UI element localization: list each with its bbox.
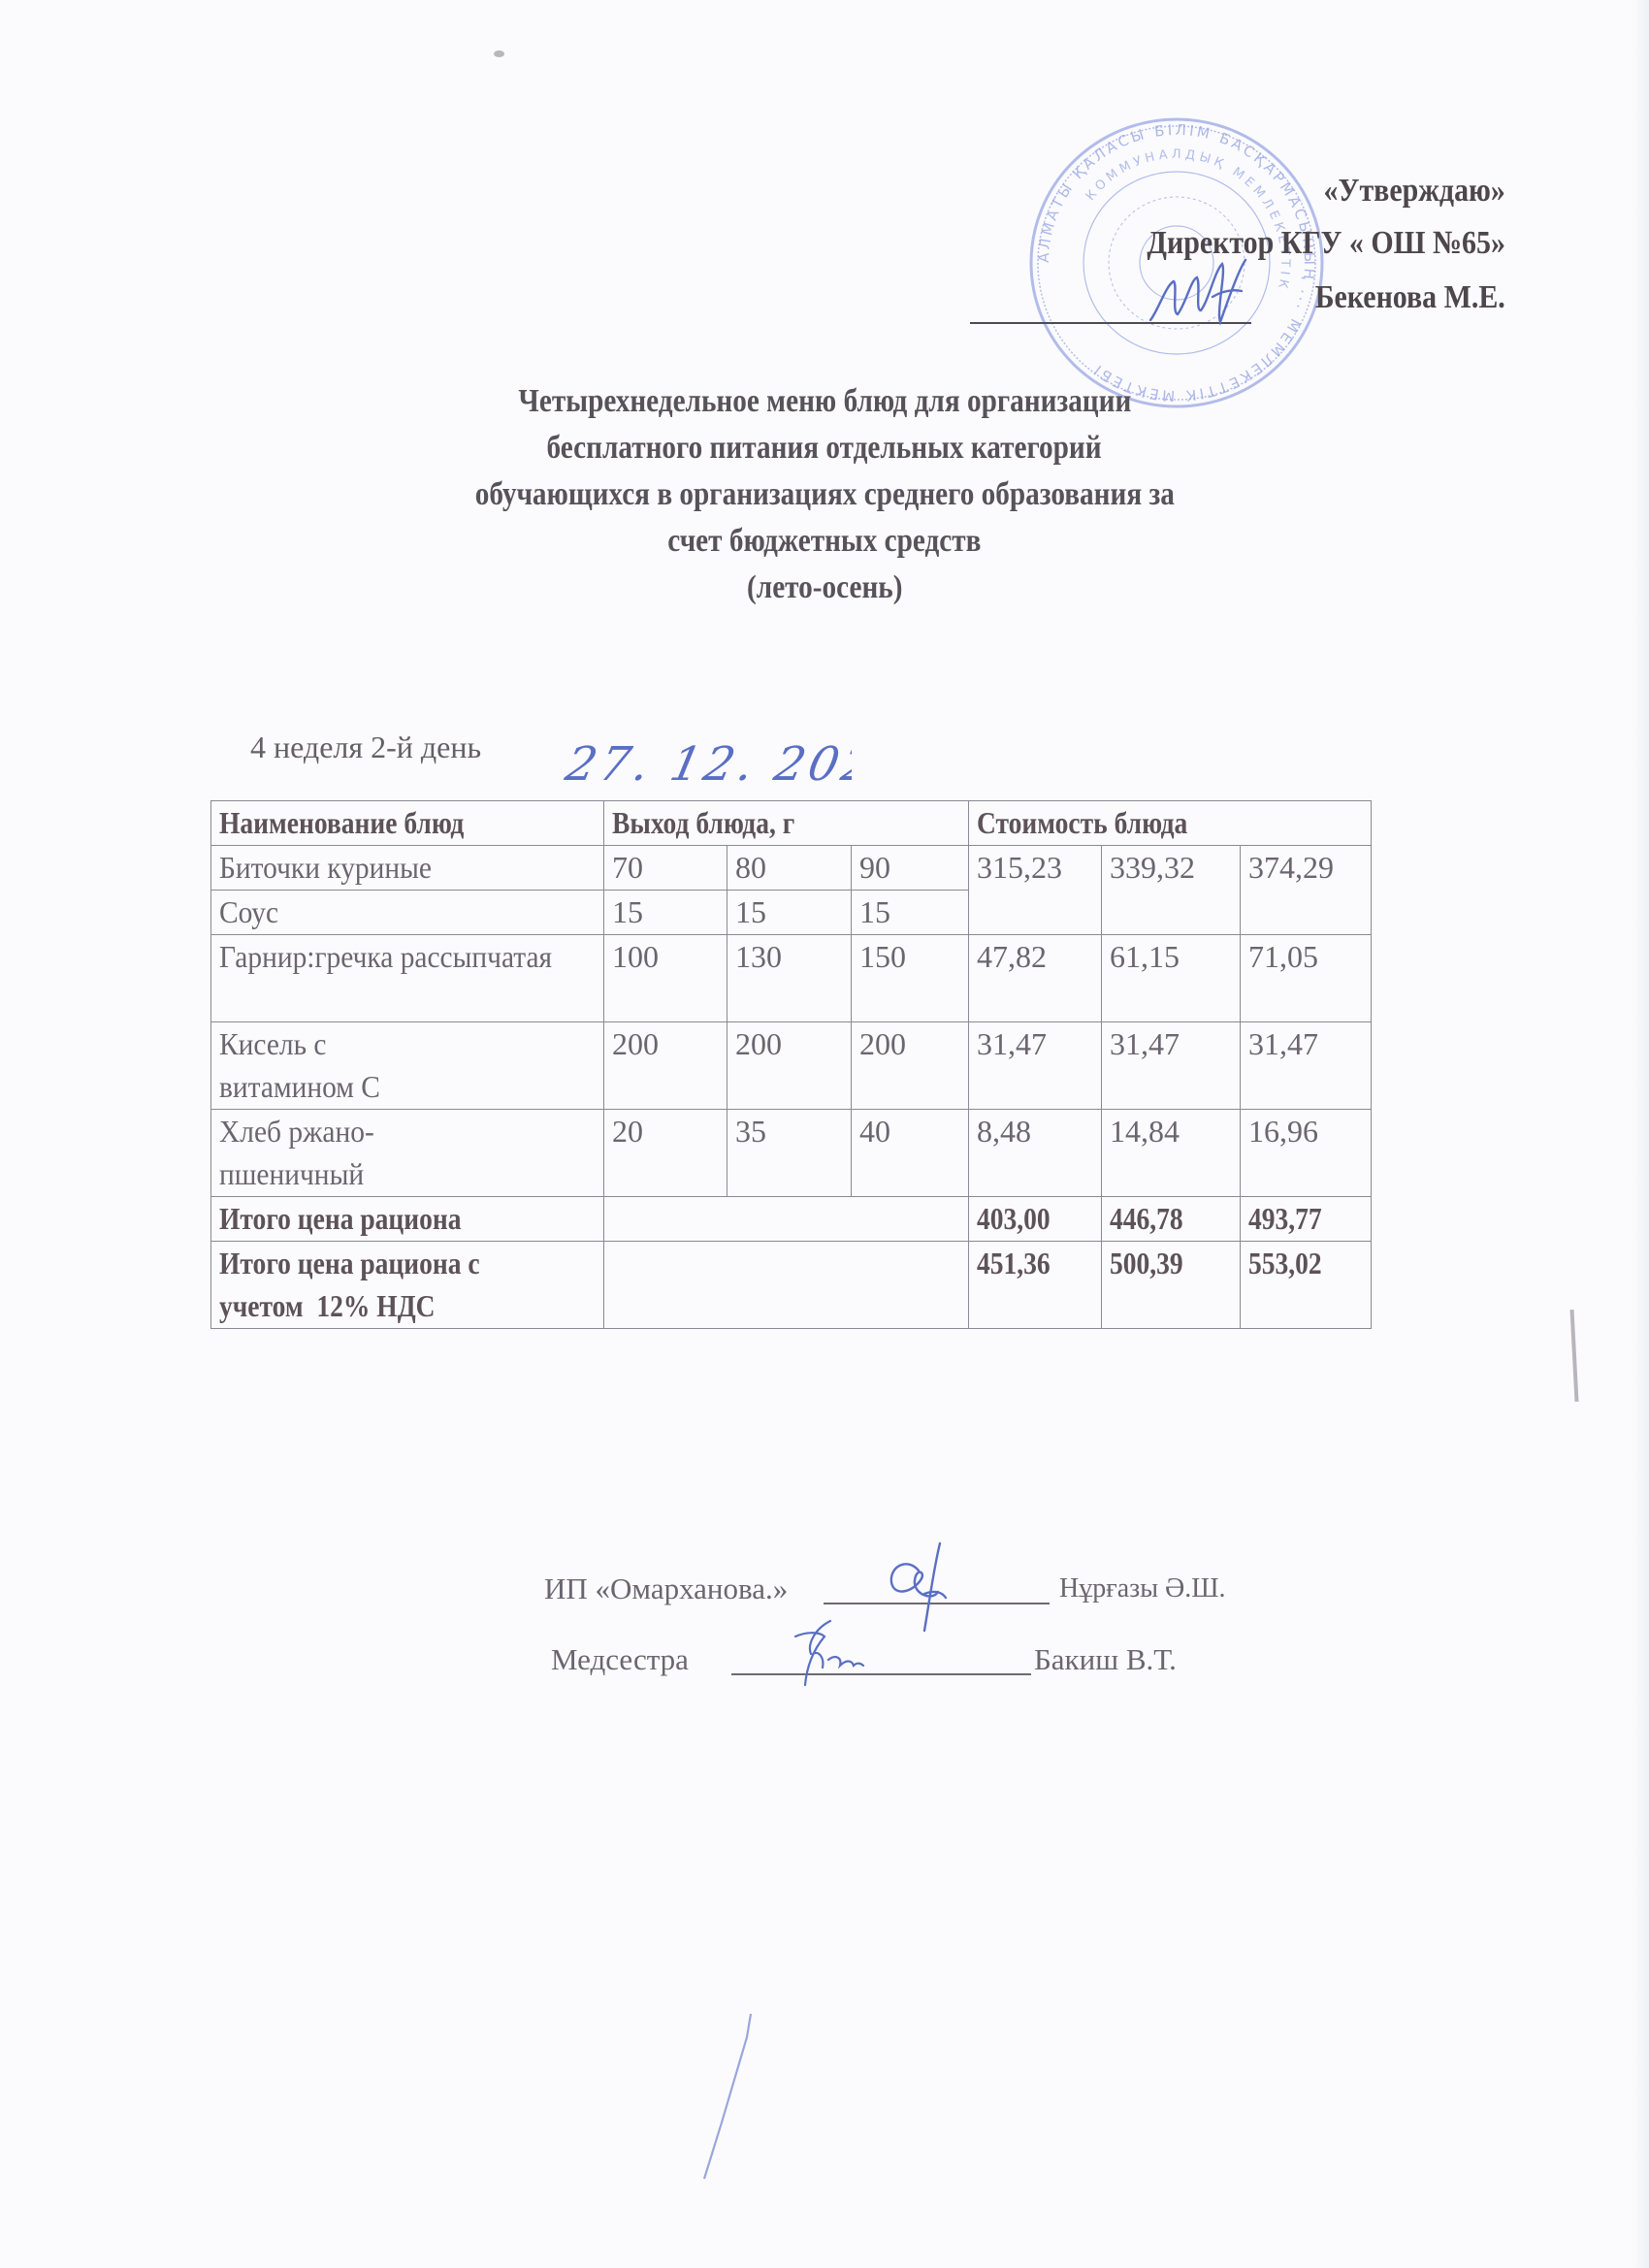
yield-value: 200 [604, 1022, 727, 1110]
yield-value: 15 [727, 891, 852, 935]
approval-name: Бекенова М.Е. [1315, 279, 1505, 316]
supplier-label: ИП «Омарханова.» [544, 1571, 788, 1606]
director-signature-line [970, 322, 1251, 324]
yield-value: 70 [604, 846, 727, 891]
svg-text:КОММУНАЛДЫҚ МЕМЛЕКЕТТІК: КОММУНАЛДЫҚ МЕМЛЕКЕТТІК [1083, 147, 1292, 293]
total-vat-label: Итого цена рациона с учетом 12% НДС [211, 1242, 604, 1329]
cost-value: 8,48 [969, 1110, 1102, 1197]
scan-mark-right [1570, 1310, 1579, 1402]
cost-value: 16,96 [1241, 1110, 1372, 1197]
total-value: 493,77 [1241, 1197, 1372, 1242]
yield-value: 40 [852, 1110, 969, 1197]
cost-value: 31,47 [1102, 1022, 1241, 1110]
svg-text:27. 12. 2022: 27. 12. 2022 [561, 737, 852, 791]
yield-value: 15 [604, 891, 727, 935]
total-vat-value: 451,36 [969, 1242, 1102, 1329]
document-title-line-4: счет бюджетных средств [0, 523, 1649, 560]
total-vat-row: Итого цена рациона с учетом 12% НДС 451,… [211, 1242, 1372, 1329]
total-vat-value: 553,02 [1241, 1242, 1372, 1329]
cost-value: 31,47 [969, 1022, 1102, 1110]
yield-value: 130 [727, 935, 852, 1022]
nurse-name: Бакиш В.Т. [1034, 1642, 1177, 1677]
table-row: Кисель с витамином С 200 200 200 31,47 3… [211, 1022, 1372, 1110]
approval-position: Директор КГУ « ОШ №65» [1147, 225, 1505, 262]
yield-value: 15 [852, 891, 969, 935]
nurse-signature [786, 1615, 873, 1693]
yield-value: 35 [727, 1110, 852, 1197]
pen-stroke [698, 2008, 757, 2183]
supplier-signature [878, 1538, 965, 1635]
total-value: 446,78 [1102, 1197, 1241, 1242]
document-title-line-3: обучающихся в организациях среднего обра… [0, 476, 1649, 513]
dish-name: Кисель с витамином С [211, 1022, 604, 1110]
cost-value: 339,32 [1102, 846, 1241, 935]
official-stamp: АЛМАТЫ ҚАЛАСЫ БІЛІМ БАСҚАРМАСЫНЫҢ ... МЕ… [1028, 116, 1325, 409]
table-row: Биточки куриные 70 80 90 315,23 339,32 3… [211, 846, 1372, 891]
dish-name: Соус [211, 891, 604, 935]
document-title-line-2: бесплатного питания отдельных категорий [0, 430, 1649, 467]
cost-value: 31,47 [1241, 1022, 1372, 1110]
nurse-signature-line [731, 1673, 1031, 1675]
yield-value: 20 [604, 1110, 727, 1197]
table-header-row: Наименование блюд Выход блюда, г Стоимос… [211, 801, 1372, 846]
cost-value: 61,15 [1102, 935, 1241, 1022]
yield-value: 200 [727, 1022, 852, 1110]
dish-name: Биточки куриные [211, 846, 604, 891]
cost-value: 374,29 [1241, 846, 1372, 935]
total-label: Итого цена рациона [211, 1197, 604, 1242]
document-title-line-1: Четырехнедельное меню блюд для организац… [0, 383, 1649, 420]
svg-text:АЛМАТЫ ҚАЛАСЫ БІЛІМ БАСҚАРМАСЫ: АЛМАТЫ ҚАЛАСЫ БІЛІМ БАСҚАРМАСЫНЫҢ ... МЕ… [1035, 121, 1318, 405]
cost-value: 71,05 [1241, 935, 1372, 1022]
header-cost: Стоимость блюда [969, 801, 1372, 846]
yield-value: 90 [852, 846, 969, 891]
header-yield: Выход блюда, г [604, 801, 969, 846]
scan-page-edge [1633, 0, 1649, 2268]
total-empty-cell [604, 1197, 969, 1242]
handwritten-date: 27. 12. 2022 [561, 729, 852, 797]
yield-value: 80 [727, 846, 852, 891]
cost-value: 315,23 [969, 846, 1102, 935]
menu-table: Наименование блюд Выход блюда, г Стоимос… [210, 800, 1372, 1329]
nurse-label: Медсестра [551, 1642, 689, 1677]
yield-value: 150 [852, 935, 969, 1022]
total-vat-value: 500,39 [1102, 1242, 1241, 1329]
dish-name: Хлеб ржано-пшеничный [211, 1110, 604, 1197]
table-row: Хлеб ржано-пшеничный 20 35 40 8,48 14,84… [211, 1110, 1372, 1197]
scan-speck [494, 50, 504, 57]
cost-value: 47,82 [969, 935, 1102, 1022]
cost-value: 14,84 [1102, 1110, 1241, 1197]
supplier-signature-line [824, 1603, 1050, 1604]
total-value: 403,00 [969, 1197, 1102, 1242]
yield-value: 100 [604, 935, 727, 1022]
supplier-name: Нұрғазы Ә.Ш. [1059, 1573, 1225, 1604]
dish-name: Гарнир:гречка рассыпчатая [211, 935, 604, 1022]
week-day-label: 4 неделя 2-й день [250, 729, 481, 765]
total-row: Итого цена рациона 403,00 446,78 493,77 [211, 1197, 1372, 1242]
yield-value: 200 [852, 1022, 969, 1110]
approval-heading: «Утверждаю» [1324, 173, 1505, 210]
total-empty-cell [604, 1242, 969, 1329]
document-title-season: (лето-осень) [0, 569, 1649, 606]
header-dish-name: Наименование блюд [211, 801, 604, 846]
table-row: Гарнир:гречка рассыпчатая 100 130 150 47… [211, 935, 1372, 1022]
